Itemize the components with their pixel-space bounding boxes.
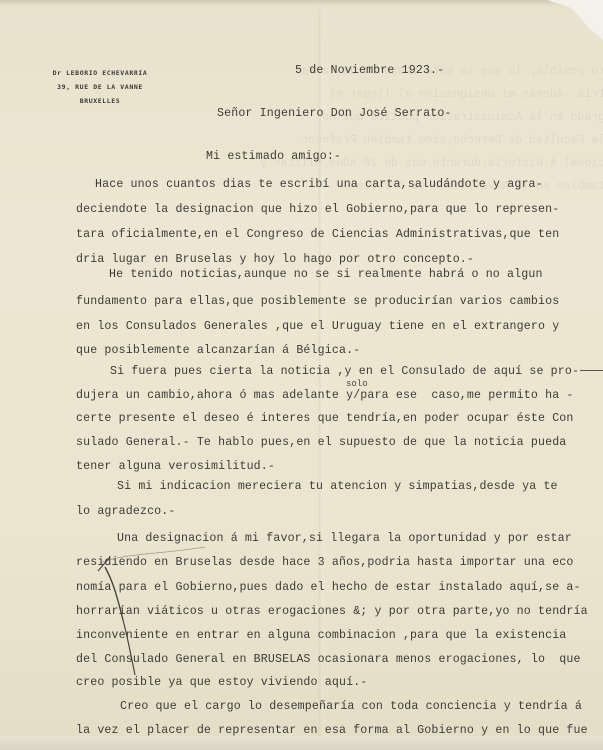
interlinear-insertion: solo <box>346 379 368 389</box>
body-line-2: deciendote la designacion que hizo el Go… <box>76 203 559 216</box>
body-line-6: fundamento para ellas,que posiblemente s… <box>76 295 559 308</box>
body-line-19: horrarían viáticos u otras erogaciones &… <box>76 605 588 618</box>
body-line-4: dria lugar en Bruselas y hoy lo hago por… <box>76 253 474 266</box>
letter-date: 5 de Noviembre 1923.- <box>295 64 444 77</box>
letterhead-city: BRUXELLES <box>30 94 170 108</box>
letterhead: Dr LEBORIO ECHEVARRIA 39, RUE DE LA VANN… <box>30 66 170 108</box>
body-line-11: certe presente el deseo é interes que te… <box>76 412 574 425</box>
body-line-3: tara oficialmente,en el Congreso de Cien… <box>76 228 559 241</box>
body-line-8: que posiblemente alcanzarían á Bélgica.- <box>76 344 360 357</box>
body-line-22: creo posible ya que estoy viviendo aquí.… <box>76 676 367 689</box>
torn-corner <box>533 0 603 40</box>
body-line-20: inconveniente en entrar en alguna combin… <box>76 629 566 642</box>
body-line-7: en los Consulados Generales ,que el Urug… <box>76 320 559 333</box>
body-line-18: nomía para el Gobierno,pues dado el hech… <box>76 581 581 594</box>
body-line-17: residiendo en Bruselas desde hace 3 años… <box>76 556 574 569</box>
body-line-12: sulado General.- Te hablo pues,en el sup… <box>76 436 566 449</box>
body-line-21: del Consulado General en BRUSELAS ocasio… <box>76 653 581 666</box>
body-line-1: Hace unos cuantos dias te escribí una ca… <box>95 178 543 191</box>
body-line-15: lo agradezco.- <box>76 505 176 518</box>
paper-bottom-edge <box>0 736 603 750</box>
body-line-16: Una designacion á mi favor,si llegara la… <box>117 532 572 545</box>
margin-mark <box>580 370 603 371</box>
body-line-23: Creo que el cargo lo desempeñaría con to… <box>120 700 582 713</box>
letterhead-name: Dr LEBORIO ECHEVARRIA <box>30 66 170 80</box>
letter-page: ro posible, lo que se está tratando de l… <box>0 0 603 750</box>
body-line-14: Si mi indicacion mereciera tu atencion y… <box>117 480 558 493</box>
paper-top-edge <box>0 0 603 6</box>
addressee: Señor Ingeniero Don José Serrato- <box>217 107 452 120</box>
body-line-9: Si fuera pues cierta la noticia ,y en el… <box>110 365 579 378</box>
body-line-13: tener alguna verosimilitud.- <box>76 460 275 473</box>
letterhead-address: 39, RUE DE LA VANNE <box>30 80 170 94</box>
salutation: Mi estimado amigo:- <box>206 150 341 163</box>
body-line-10: dujera un cambio,ahora ó mas adelante y/… <box>76 389 574 402</box>
body-line-5: He tenido noticias,aunque no se si realm… <box>109 268 543 281</box>
